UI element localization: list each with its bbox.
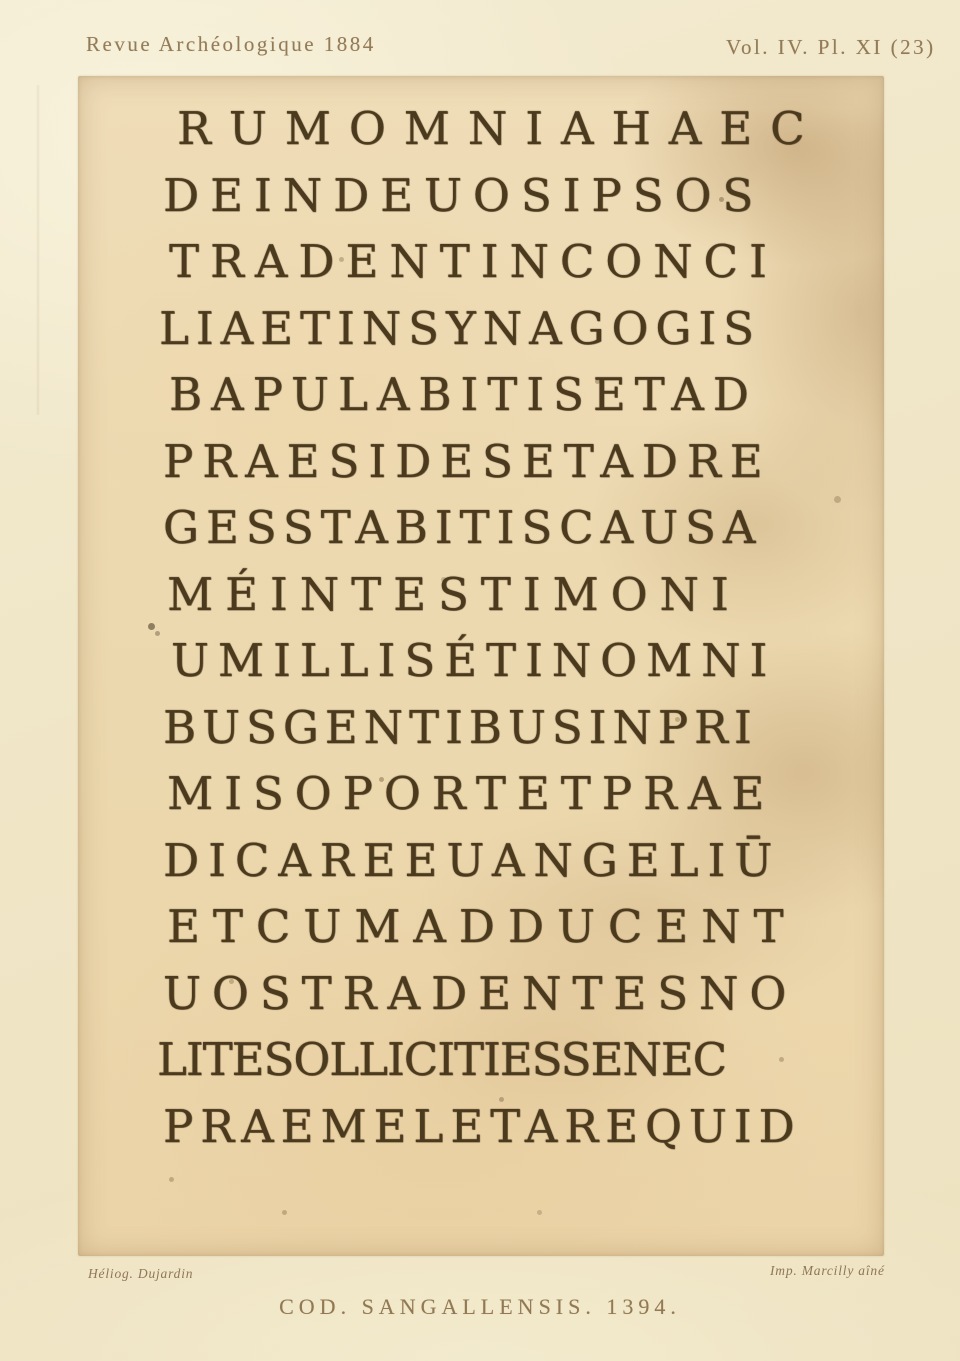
manuscript-line: RUMOMNIAHAEC (177, 96, 823, 163)
journal-title: Revue Archéologique 1884 (86, 32, 376, 57)
manuscript-line: LITESOLLICITIESSENEC (157, 1027, 823, 1094)
manuscript-line: PRAESIDESETADRE (163, 429, 823, 496)
plate-caption: COD. SANGALLENSIS. 1394. (0, 1294, 960, 1320)
plate-number: Vol. IV. Pl. XI (23) (726, 35, 936, 60)
manuscript-line: BAPULABITISETAD (169, 362, 823, 429)
foxing-speckles (78, 76, 81, 79)
page-crease (36, 85, 40, 415)
manuscript-photo-plate: RUMOMNIAHAEC DEINDEUOSIPSOS TRADENTINCON… (78, 76, 884, 1256)
manuscript-line: MÉINTESTIMONI (167, 562, 823, 629)
manuscript-line: DICAREEUANGELIŪ (163, 828, 823, 895)
manuscript-line: LIAETINSYNAGOGIS (159, 296, 823, 363)
manuscript-line: PRAEMELETAREQUID (163, 1094, 823, 1161)
manuscript-text: RUMOMNIAHAEC DEINDEUOSIPSOS TRADENTINCON… (163, 96, 823, 1160)
engraver-credit: Héliog. Dujardin (88, 1266, 193, 1282)
manuscript-line: BUSGENTIBUSINPRI (163, 695, 823, 762)
manuscript-line: UMILLISÉTINOMNI (171, 628, 823, 695)
manuscript-line: DEINDEUOSIPSOS (163, 163, 823, 230)
manuscript-line: GESSTABITISCAUSA (163, 495, 823, 562)
journal-plate-page: Revue Archéologique 1884 Vol. IV. Pl. XI… (0, 0, 960, 1361)
manuscript-line: ETCUMADDUCENT (167, 894, 823, 961)
manuscript-line: UOSTRADENTESNO (163, 961, 823, 1028)
manuscript-line: MISOPORTETPRAE (167, 761, 823, 828)
manuscript-line: TRADENTINCONCI (169, 229, 823, 296)
printer-credit: Imp. Marcilly aîné (770, 1263, 885, 1279)
